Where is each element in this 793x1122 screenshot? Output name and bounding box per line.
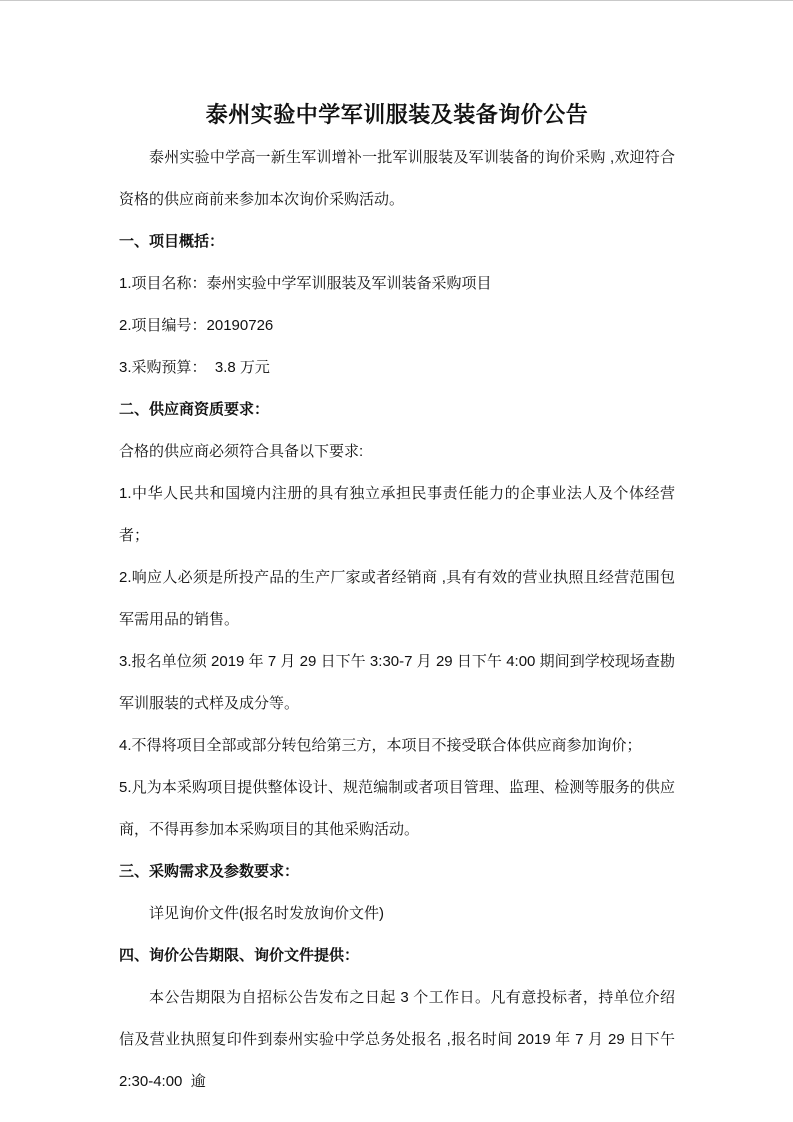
paragraph: 3.采购预算： 3.8 万元: [119, 347, 675, 389]
section-heading: 四、询价公告期限、询价文件提供：: [119, 935, 675, 977]
paragraph: 详见询价文件(报名时发放询价文件): [119, 893, 675, 935]
document-content: 泰州实验中学军训服装及装备询价公告 泰州实验中学高一新生军训增补一批军训服装及军…: [0, 1, 675, 1103]
section-heading: 一、项目概括：: [119, 221, 675, 263]
paragraph: 2.响应人必须是所投产品的生产厂家或者经销商 ,具有有效的营业执照且经营范围包军…: [119, 557, 675, 641]
paragraph: 2.项目编号：20190726: [119, 305, 675, 347]
paragraph: 5.凡为本采购项目提供整体设计、规范编制或者项目管理、监理、检测等服务的供应商，…: [119, 767, 675, 851]
paragraph: 3.报名单位须 2019 年 7 月 29 日下午 3:30-7 月 29 日下…: [119, 641, 675, 725]
paragraph: 泰州实验中学高一新生军训增补一批军训服装及军训装备的询价采购 ,欢迎符合资格的供…: [119, 137, 675, 221]
paragraph: 1.项目名称：泰州实验中学军训服装及军训装备采购项目: [119, 263, 675, 305]
section-heading: 三、采购需求及参数要求：: [119, 851, 675, 893]
document-body: 泰州实验中学高一新生军训增补一批军训服装及军训装备的询价采购 ,欢迎符合资格的供…: [119, 137, 675, 1103]
paragraph: 合格的供应商必须符合具备以下要求:: [119, 431, 675, 473]
document-title: 泰州实验中学军训服装及装备询价公告: [119, 95, 675, 135]
paragraph: 1.中华人民共和国境内注册的具有独立承担民事责任能力的企事业法人及个体经营者；: [119, 473, 675, 557]
document-page: { "page": { "title": "泰州实验中学军训服装及装备询价公告"…: [0, 0, 793, 1122]
paragraph: 4.不得将项目全部或部分转包给第三方，本项目不接受联合体供应商参加询价；: [119, 725, 675, 767]
section-heading: 二、供应商资质要求：: [119, 389, 675, 431]
paragraph: 本公告期限为自招标公告发布之日起 3 个工作日。凡有意投标者，持单位介绍信及营业…: [119, 977, 675, 1103]
